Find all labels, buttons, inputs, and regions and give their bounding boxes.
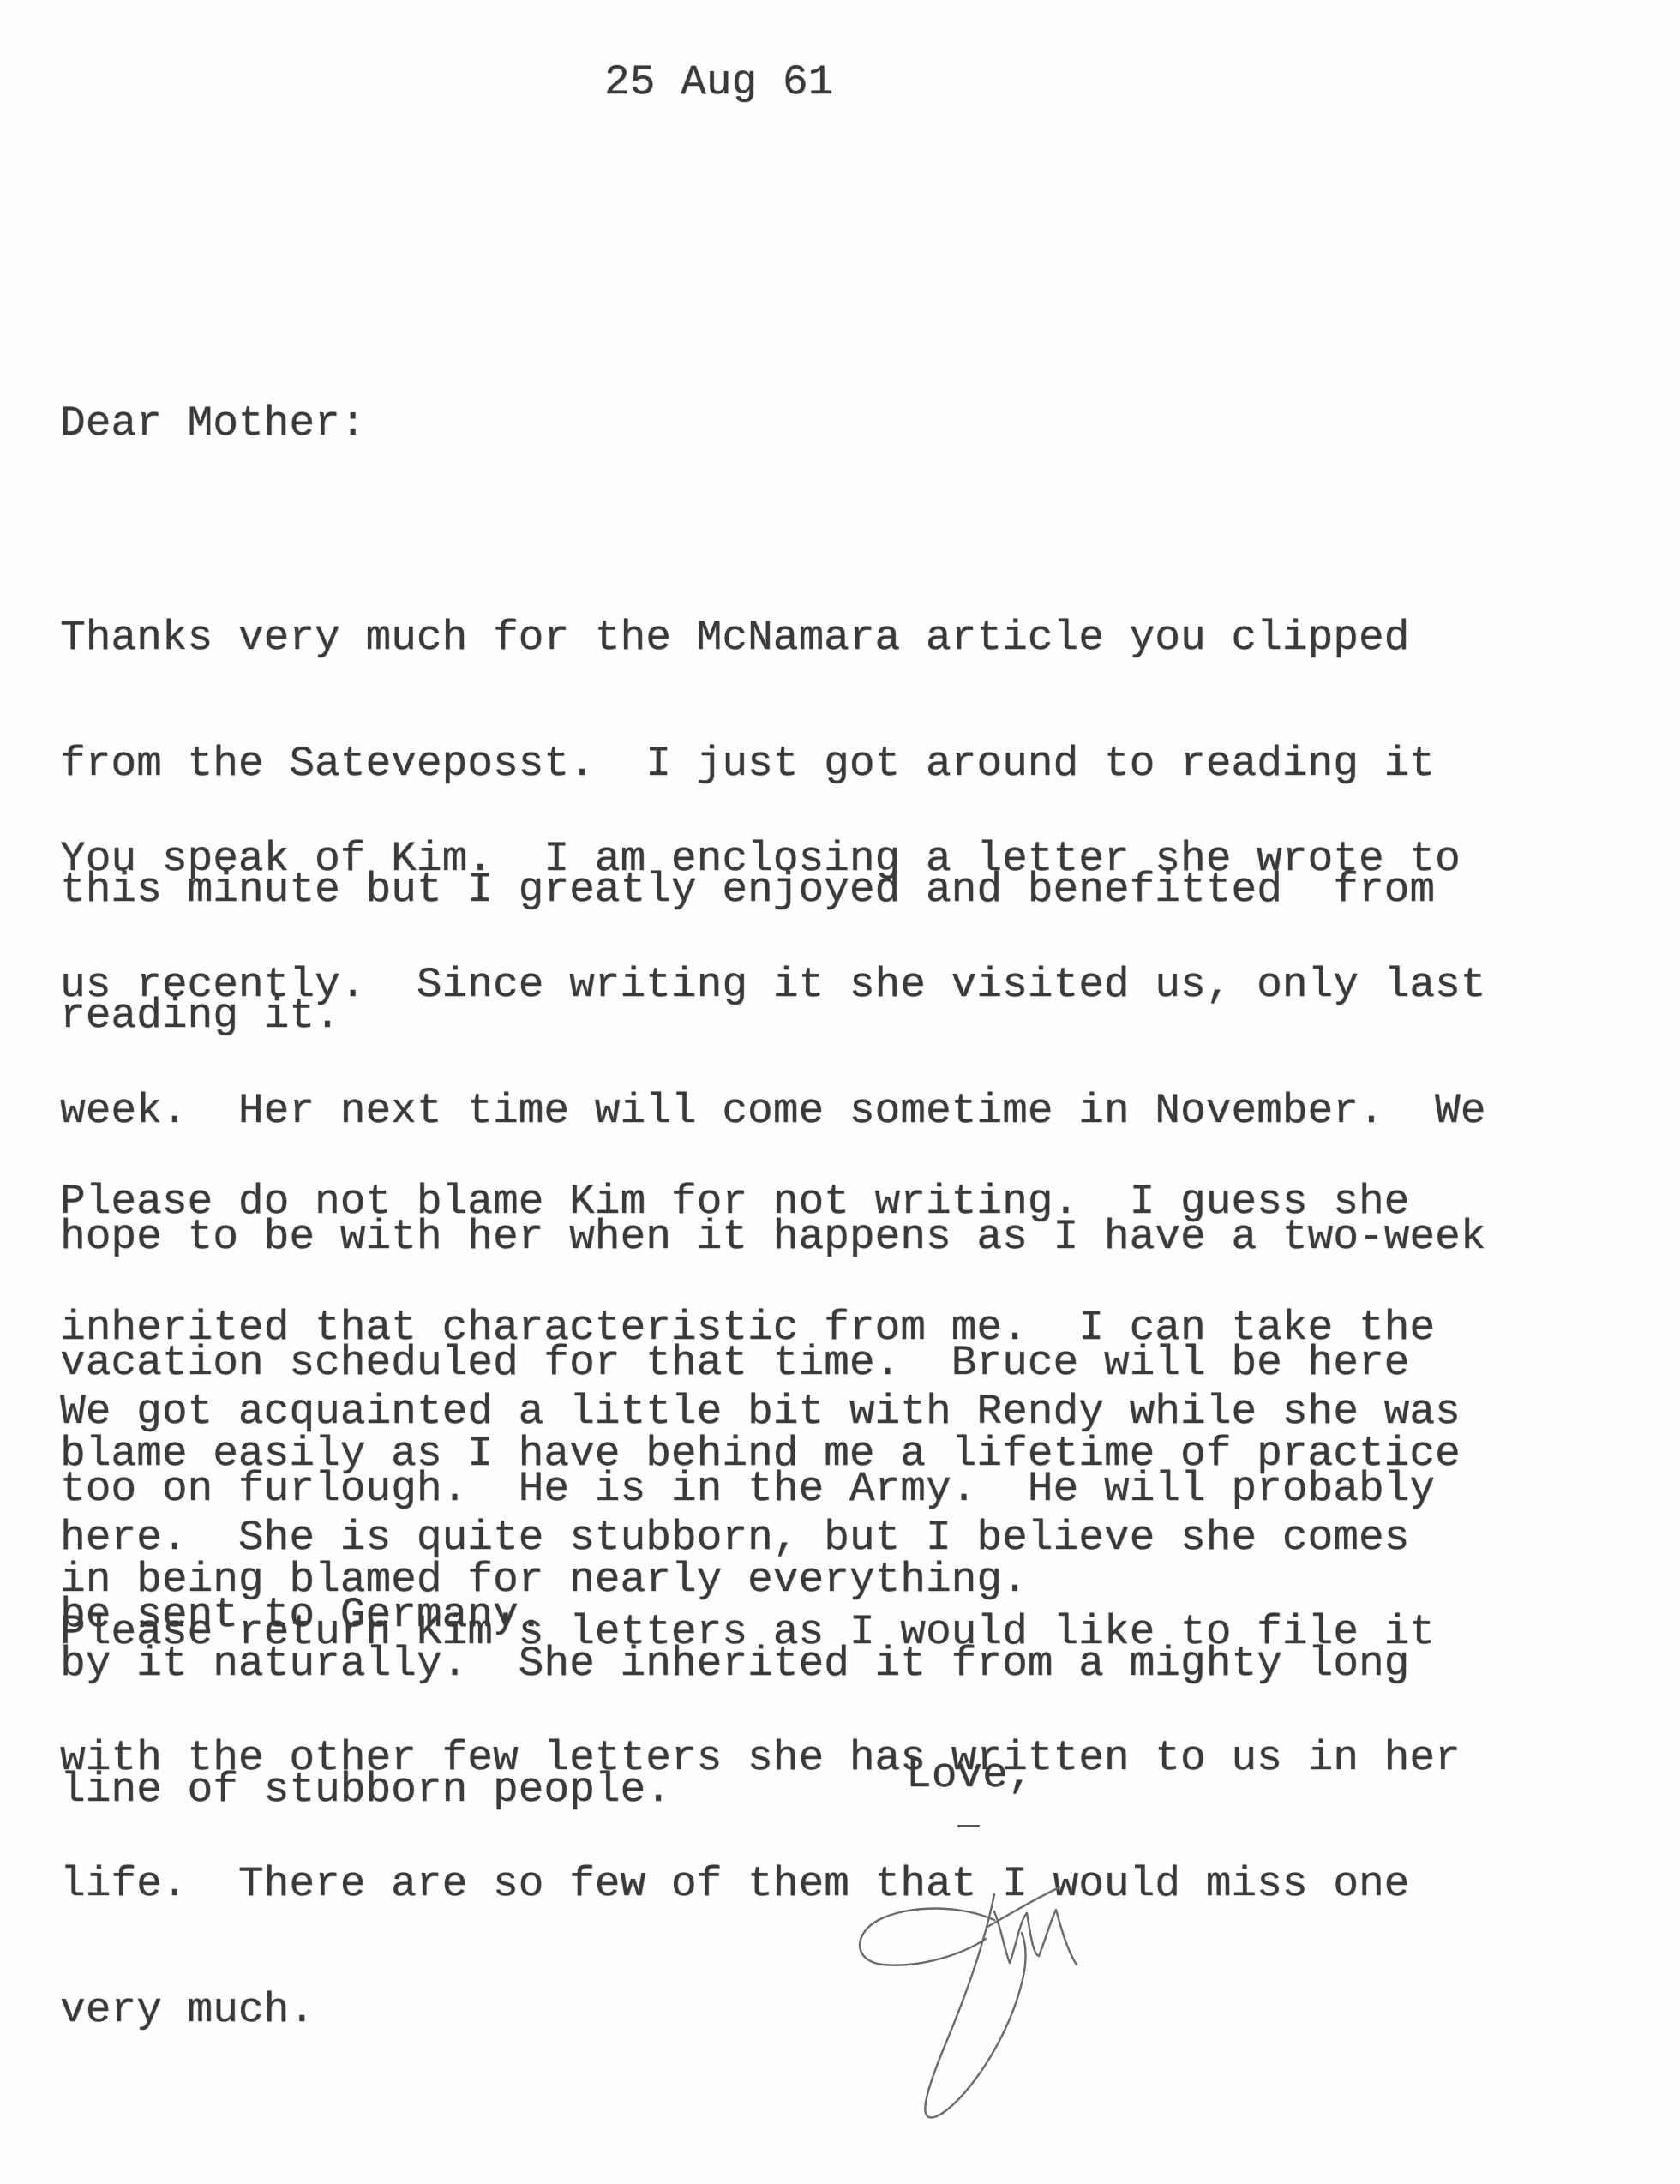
letter-date: 25 Aug 61 xyxy=(604,62,833,104)
salutation: Dear Mother: xyxy=(60,403,365,445)
paragraph-line: You speak of Kim. I am enclosing a lette… xyxy=(60,838,1485,880)
paragraph-line: Thanks very much for the McNamara articl… xyxy=(60,617,1435,659)
paragraph-line: with the other few letters she has writt… xyxy=(60,1737,1461,1779)
paragraph-line: We got acquainted a little bit with Rend… xyxy=(60,1391,1461,1433)
paragraph-line: us recently. Since writing it she visite… xyxy=(60,964,1485,1006)
paragraph-line: very much. xyxy=(60,1989,1461,2031)
paragraph-line: Please do not blame Kim for not writing.… xyxy=(60,1181,1461,1223)
paragraph-return-letter: Please return Kim's letters as I would l… xyxy=(60,1527,1461,2115)
letter-page: 25 Aug 61 Dear Mother: Thanks very much … xyxy=(0,0,1680,2184)
paragraph-line: life. There are so few of them that I wo… xyxy=(60,1863,1461,1905)
typed-dash-mark xyxy=(957,1825,980,1827)
closing: Love, xyxy=(906,1755,1034,1797)
paragraph-line: Please return Kim's letters as I would l… xyxy=(60,1611,1461,1653)
